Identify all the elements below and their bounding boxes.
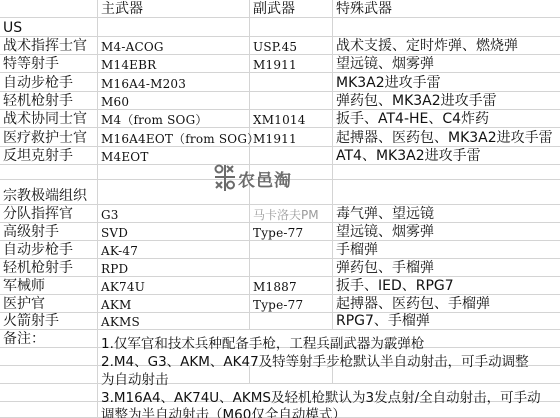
secondary-weapon-cell[interactable]: XM1014 xyxy=(250,110,333,128)
role-cell[interactable]: 反坦克射手 xyxy=(0,147,98,165)
table-row: 特等射手 M14EBR M1911 望远镜、烟雾弹 xyxy=(0,55,560,73)
role-cell[interactable]: 医护官 xyxy=(0,295,98,313)
table-row: 轻机枪射手 RPD 弹药包、手榴弹 xyxy=(0,259,560,277)
empty-cell[interactable] xyxy=(333,18,560,37)
table-row: 战术协同士官 M4（from SOG） XM1014 扳手、AT4-HE、C4炸… xyxy=(0,110,560,128)
empty-cell[interactable] xyxy=(0,348,98,366)
section-title[interactable]: 宗教极端组织 xyxy=(0,180,98,205)
secondary-weapon-cell[interactable] xyxy=(250,241,333,259)
empty-cell[interactable] xyxy=(0,384,98,402)
special-weapon-cell[interactable]: 望远镜、烟雾弹 xyxy=(333,55,560,73)
section-row-us: US xyxy=(0,18,560,37)
empty-cell[interactable] xyxy=(0,402,98,418)
role-cell[interactable]: 分队指挥官 xyxy=(0,205,98,223)
empty-cell[interactable] xyxy=(98,18,250,37)
watermark-logo: 农邑淘 xyxy=(214,163,292,193)
special-weapon-cell[interactable]: 战术支援、定时炸弹、燃烧弹 xyxy=(333,37,560,55)
secondary-weapon-cell[interactable]: Type-77 xyxy=(250,295,333,313)
table-row: 轻机枪射手 M60 弹药包、MK3A2进攻手雷 xyxy=(0,92,560,110)
primary-weapon-cell[interactable]: M14EBR xyxy=(98,55,250,73)
secondary-weapon-cell[interactable]: 马卡洛夫PM xyxy=(250,205,333,223)
special-weapon-cell[interactable]: 弹药包、手榴弹 xyxy=(333,259,560,277)
role-cell[interactable]: 特等射手 xyxy=(0,55,98,73)
remark-line-2: 2.M4、G3、AKM、AK47及特等射手步枪默认半自动射击，可手动调整 xyxy=(101,350,529,370)
role-cell[interactable]: 高级射手 xyxy=(0,223,98,241)
role-cell[interactable]: 自动步枪手 xyxy=(0,241,98,259)
table-row: 战术指挥士官 M4-ACOG USP.45 战术支援、定时炸弹、燃烧弹 xyxy=(0,37,560,55)
empty-cell[interactable] xyxy=(250,18,333,37)
secondary-weapon-cell[interactable] xyxy=(250,259,333,277)
secondary-weapon-cell[interactable]: M1911 xyxy=(250,55,333,73)
secondary-weapon-cell[interactable]: USP.45 xyxy=(250,37,333,55)
remark-line-2-cont: 为自动射击 xyxy=(101,368,169,388)
special-weapon-cell[interactable]: RPG7、手榴弹 xyxy=(333,313,560,330)
secondary-weapon-cell[interactable] xyxy=(250,313,333,330)
special-weapon-cell[interactable]: 扳手、IED、RPG7 xyxy=(333,277,560,295)
primary-weapon-cell[interactable]: M4（from SOG） xyxy=(98,110,250,128)
table-row: 军械师 AK74U M1887 扳手、IED、RPG7 xyxy=(0,277,560,295)
primary-weapon-cell[interactable]: SVD xyxy=(98,223,250,241)
special-weapon-cell[interactable]: 毒气弹、望远镜 xyxy=(333,205,560,223)
secondary-weapon-cell[interactable]: M1887 xyxy=(250,277,333,295)
table-row: 医疗救护士官 M16A4EOT（from SOG） M1911 起搏器、医药包、… xyxy=(0,128,560,147)
empty-cell[interactable] xyxy=(333,165,560,180)
special-weapon-cell[interactable]: 弹药包、MK3A2进攻手雷 xyxy=(333,92,560,110)
remark-line-3-cont: 调整为半自动射击（M60仅全自动模式） xyxy=(101,403,346,418)
role-cell[interactable]: 战术指挥士官 xyxy=(0,37,98,55)
secondary-weapon-cell[interactable] xyxy=(250,73,333,92)
role-cell[interactable]: 医疗救护士官 xyxy=(0,128,98,147)
primary-weapon-cell[interactable]: AK-47 xyxy=(98,241,250,259)
table-row: 医护官 AKM Type-77 起搏器、医药包、手榴弹 xyxy=(0,295,560,313)
secondary-weapon-cell[interactable]: M1911 xyxy=(250,128,333,147)
primary-weapon-cell[interactable]: M16A4EOT（from SOG） xyxy=(98,128,250,147)
role-cell[interactable]: 轻机枪射手 xyxy=(0,92,98,110)
watermark-logo-icon xyxy=(214,163,236,193)
special-weapon-cell[interactable]: AT4、MK3A2进攻手雷 xyxy=(333,147,560,165)
special-weapon-cell[interactable]: 手榴弹 xyxy=(333,241,560,259)
primary-weapon-cell[interactable]: M60 xyxy=(98,92,250,110)
section-title[interactable]: US xyxy=(0,18,98,37)
role-cell[interactable]: 自动步枪手 xyxy=(0,73,98,92)
empty-cell[interactable] xyxy=(0,165,98,180)
role-cell[interactable]: 军械师 xyxy=(0,277,98,295)
header-cell-role[interactable] xyxy=(0,0,98,18)
primary-weapon-cell[interactable]: M4-ACOG xyxy=(98,37,250,55)
primary-weapon-cell[interactable]: G3 xyxy=(98,205,250,223)
spreadsheet: 主武器 副武器 特殊武器 US 战术指挥士官 M4-ACOG USP.45 战术… xyxy=(0,0,560,418)
watermark-text: 农邑淘 xyxy=(238,166,292,191)
special-weapon-cell[interactable]: 望远镜、烟雾弹 xyxy=(333,223,560,241)
table-row: 自动步枪手 AK-47 手榴弹 xyxy=(0,241,560,259)
primary-weapon-cell[interactable]: AKM xyxy=(98,295,250,313)
table-row: 分队指挥官 G3 马卡洛夫PM 毒气弹、望远镜 xyxy=(0,205,560,223)
special-weapon-cell[interactable]: MK3A2进攻手雷 xyxy=(333,73,560,92)
table-row: 火箭射手 AKMS RPG7、手榴弹 xyxy=(0,313,560,330)
role-cell[interactable]: 火箭射手 xyxy=(0,313,98,330)
primary-weapon-cell[interactable]: M16A4-M203 xyxy=(98,73,250,92)
empty-cell[interactable] xyxy=(0,366,98,384)
header-cell-primary[interactable]: 主武器 xyxy=(98,0,250,18)
secondary-weapon-cell[interactable]: Type-77 xyxy=(250,223,333,241)
remarks-label[interactable]: 备注： xyxy=(0,330,98,348)
remark-line-1: 1.仅军官和技术兵种配备手枪，工程兵副武器为霰弹枪 xyxy=(101,332,424,352)
empty-cell[interactable] xyxy=(333,180,560,205)
primary-weapon-cell[interactable]: RPD xyxy=(98,259,250,277)
role-cell[interactable]: 战术协同士官 xyxy=(0,110,98,128)
header-cell-secondary[interactable]: 副武器 xyxy=(250,0,333,18)
table-row: 自动步枪手 M16A4-M203 MK3A2进攻手雷 xyxy=(0,73,560,92)
primary-weapon-cell[interactable]: AK74U xyxy=(98,277,250,295)
special-weapon-cell[interactable]: 起搏器、医药包、MK3A2进攻手雷 xyxy=(333,128,560,147)
role-cell[interactable]: 轻机枪射手 xyxy=(0,259,98,277)
primary-weapon-cell[interactable]: AKMS xyxy=(98,313,250,330)
secondary-weapon-cell[interactable] xyxy=(250,92,333,110)
special-weapon-cell[interactable]: 扳手、AT4-HE、C4炸药 xyxy=(333,110,560,128)
special-weapon-cell[interactable]: 起搏器、医药包、手榴弹 xyxy=(333,295,560,313)
header-row: 主武器 副武器 特殊武器 xyxy=(0,0,560,18)
table-row: 高级射手 SVD Type-77 望远镜、烟雾弹 xyxy=(0,223,560,241)
header-cell-special[interactable]: 特殊武器 xyxy=(333,0,560,18)
